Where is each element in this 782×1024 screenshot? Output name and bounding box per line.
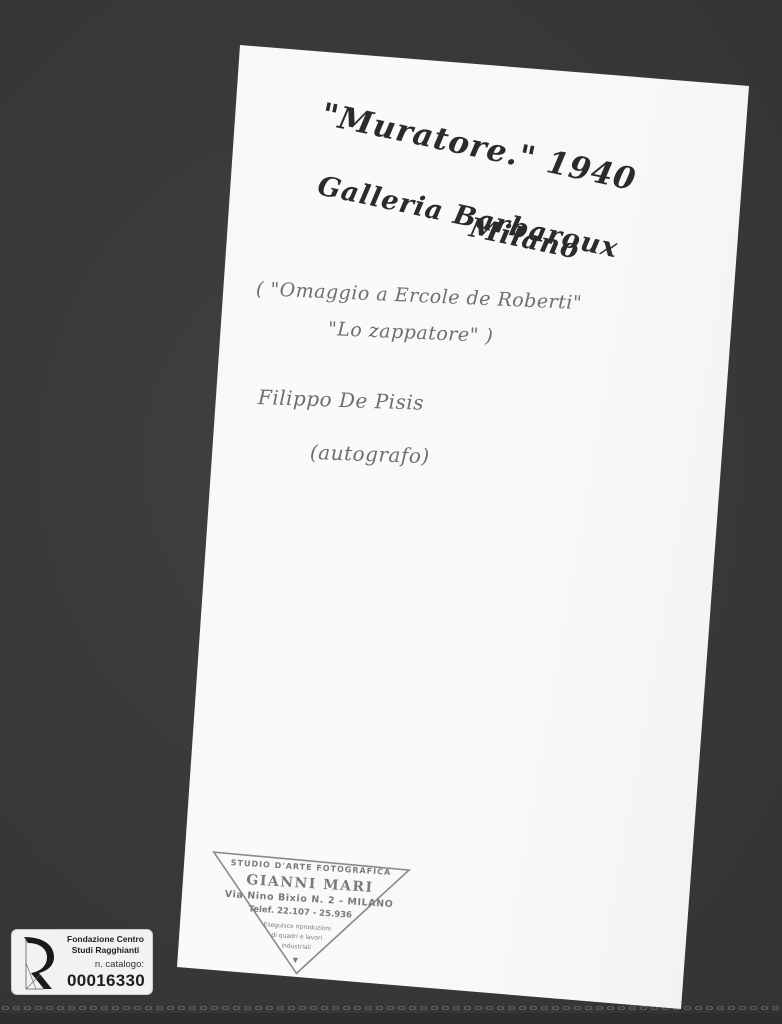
- dark-backdrop: [0, 0, 782, 1024]
- label-catalog-caption: n. catalogo:: [95, 959, 144, 970]
- film-sleeve-edge: [0, 1013, 782, 1024]
- ragghianti-r-logo-icon: [18, 933, 58, 991]
- label-org-line1: Fondazione Centro: [67, 934, 144, 945]
- label-org-line2: Studi Ragghianti: [67, 945, 144, 956]
- label-organization: Fondazione Centro Studi Ragghianti: [67, 934, 144, 955]
- label-catalog-number: 00016330: [67, 971, 145, 991]
- archive-catalog-label: Fondazione Centro Studi Ragghianti n. ca…: [11, 929, 153, 995]
- film-sleeve-perforation: [0, 1003, 782, 1013]
